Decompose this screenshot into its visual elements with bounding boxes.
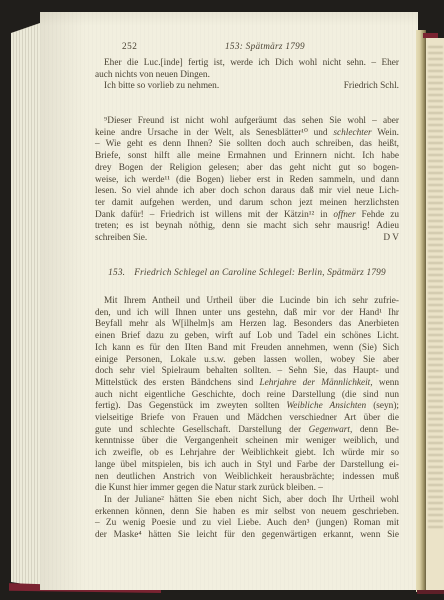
text-line: ter damit aufgehen werden, und darum sch… xyxy=(95,198,399,210)
text-line: nen deutlichen Anstrich von Weiblichkeit… xyxy=(95,472,399,484)
text-line: auch nicht eigentliche Geschichte, doch … xyxy=(95,390,399,402)
text-line: Mittelstück des ersten Bändchens sind Le… xyxy=(95,378,399,390)
signature: Friedrich Schl. xyxy=(344,81,399,93)
postscript-end: schreiben Sie. xyxy=(95,233,147,245)
text-line: Eher die Luc.[inde] fertig ist, werde ic… xyxy=(95,58,399,70)
text-line: doch sehr viel Spielraum behalten sollte… xyxy=(95,366,399,378)
text-line: treten; es ist beynah nöthig, denn sie m… xyxy=(95,221,399,233)
facing-page-ghost-text xyxy=(428,46,443,530)
text-line: fertig). Das Gegenstück im zweyten sollt… xyxy=(95,401,399,413)
text-line: vielseitige Briefe von Frauen und Mädche… xyxy=(95,413,399,425)
text-line: Ich kann es für den IIten Band mit Freud… xyxy=(95,343,399,355)
text-line: Ich bitte so vorlieb zu nehmen. Friedric… xyxy=(95,81,399,93)
letter-152-closing: Eher die Luc.[inde] fertig ist, werde ic… xyxy=(95,58,399,93)
letter-number: 153. xyxy=(108,268,125,278)
text-line: der Maske⁴ hätten Sie leicht für den geg… xyxy=(95,530,399,542)
text-line: ⁹Dieser Freund ist nicht wohl aufgeräumt… xyxy=(95,116,399,128)
running-head: 153: Spätmärz 1799 xyxy=(131,41,399,51)
text-line: einen Brief dazu zu geben, wirft auf Lob… xyxy=(95,331,399,343)
postscript-signature: D V xyxy=(383,233,399,245)
text-line: gute und schlechte Gesellschaft. Darstel… xyxy=(95,425,399,437)
text-line: schreiben Sie. D V xyxy=(95,233,399,245)
running-header: 252 153: Spätmärz 1799 xyxy=(95,41,399,53)
text-line: Dank dafür! – Friedrich ist willens mit … xyxy=(95,210,399,222)
text-line: ich zweifle, ob es Lehrjahre der Weiblic… xyxy=(95,448,399,460)
text-line: Briefe, sonst hilft alle meine Ermahnen … xyxy=(95,151,399,163)
text-line: auch nichts von neuen Dingen. xyxy=(95,70,399,82)
book-cover-edge-bottom-right xyxy=(417,590,444,594)
text-line: In der Juliane² hätten Sie eben nicht Si… xyxy=(95,495,399,507)
letter-153-body: Mit Ihrem Antheil und Urtheil über die L… xyxy=(95,296,399,542)
page-content: 252 153: Spätmärz 1799 Eher die Luc.[ind… xyxy=(95,40,399,580)
text-line: kenntnisse über die Vergangenheit schein… xyxy=(95,436,399,448)
text-line: weise, ich werde¹¹ (die Bogen) lieber er… xyxy=(95,175,399,187)
text-line: drey Bogen der Religion gelesen; aber da… xyxy=(95,163,399,175)
text-line: den, und ich will Ihnen unter uns gesteh… xyxy=(95,308,399,320)
text-line: Mit Ihrem Antheil und Urtheil über die L… xyxy=(95,296,399,308)
text-line: lange übel mitspielen, bis ich auch in S… xyxy=(95,460,399,472)
letter-153-heading: 153.Friedrich Schlegel an Caroline Schle… xyxy=(95,268,399,278)
text-line: einige Personen, Lokale u.s.w. geben las… xyxy=(95,355,399,367)
text-line: – Zu wenig Poesie und zu viel Liebe. Auc… xyxy=(95,518,399,530)
facing-page-sliver xyxy=(426,38,444,590)
text-line: – Wie geht es denn Ihnen? Sie sollten do… xyxy=(95,139,399,151)
text-line: keine andre Ursache in der Welt, als Sen… xyxy=(95,128,399,140)
text-line: lesen. So viel ahnde ich aber doch schon… xyxy=(95,186,399,198)
text-line: Beyfall mehr als W[ilhelm]s am Herzen la… xyxy=(95,319,399,331)
valediction: Ich bitte so vorlieb zu nehmen. xyxy=(95,81,219,93)
letter-152-postscript: ⁹Dieser Freund ist nicht wohl aufgeräumt… xyxy=(95,116,399,245)
book-gutter xyxy=(416,30,426,592)
book-cover-edge-top-right xyxy=(423,33,438,38)
text-line: die Kunst hier immer gegen die Natur sta… xyxy=(95,483,399,495)
letter-title: Friedrich Schlegel an Caroline Schlegel:… xyxy=(134,268,386,278)
text-line: erkennen können, denn Sie haben es mir s… xyxy=(95,507,399,519)
